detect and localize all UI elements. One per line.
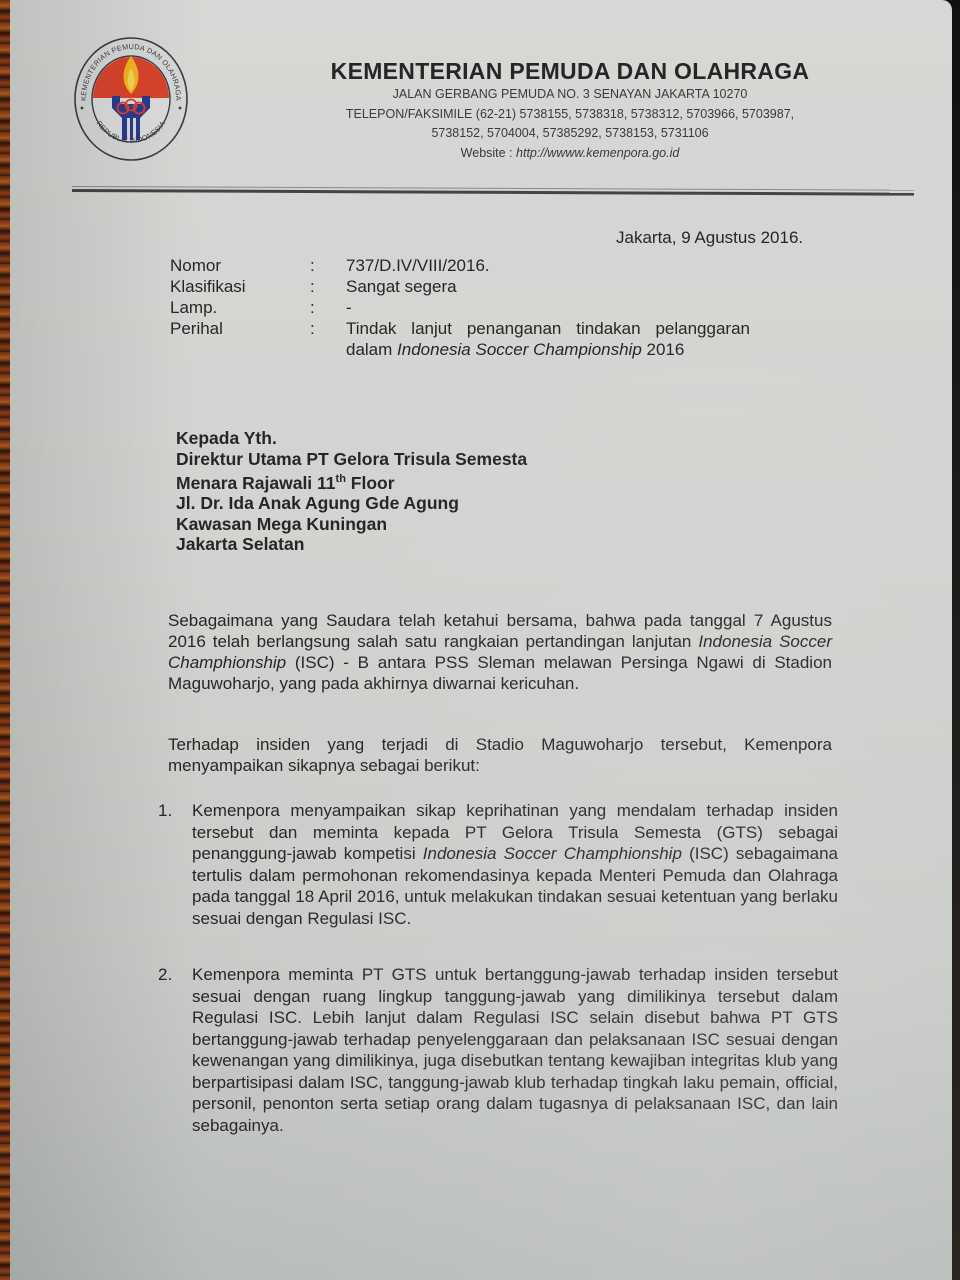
list-item: 2. Kemenpora meminta PT GTS untuk bertan…: [158, 964, 838, 1136]
list-number: 2.: [158, 964, 192, 1136]
list-text: Kemenpora menyampaikan sikap keprihatina…: [192, 800, 838, 929]
recipient-street: Jl. Dr. Ida Anak Agung Gde Agung: [176, 493, 527, 514]
meta-value: Tindak lanjut penanganan tindakan pelang…: [346, 318, 750, 360]
meta-separator: :: [310, 255, 346, 276]
meta-separator: :: [310, 276, 346, 297]
meta-label: Lamp.: [170, 297, 310, 318]
institution-name: KEMENTERIAN PEMUDA DAN OLAHRAGA: [280, 58, 860, 85]
recipient-greeting: Kepada Yth.: [176, 428, 527, 449]
website-link[interactable]: http://wwww.kemenpora.go.id: [516, 146, 679, 160]
meta-perihal: Perihal : Tindak lanjut penanganan tinda…: [170, 318, 750, 360]
recipient-block: Kepada Yth. Direktur Utama PT Gelora Tri…: [176, 428, 527, 555]
list-item: 1. Kemenpora menyampaikan sikap keprihat…: [158, 800, 838, 929]
meta-label: Klasifikasi: [170, 276, 310, 297]
institution-address: JALAN GERBANG PEMUDA NO. 3 SENAYAN JAKAR…: [280, 85, 860, 105]
meta-lampiran: Lamp. : -: [170, 297, 750, 318]
body-paragraph-1: Sebagaimana yang Saudara telah ketahui b…: [168, 610, 832, 694]
ministry-emblem-icon: KEMENTERIAN PEMUDA DAN OLAHRAGA REPUBLIK…: [72, 36, 190, 162]
letter-page: KEMENTERIAN PEMUDA DAN OLAHRAGA REPUBLIK…: [10, 0, 952, 1280]
recipient-city: Jakarta Selatan: [176, 534, 527, 555]
recipient-area: Kawasan Mega Kuningan: [176, 514, 527, 535]
meta-value: -: [346, 297, 750, 318]
letter-date: Jakarta, 9 Agustus 2016.: [616, 228, 803, 248]
body-paragraph-2: Terhadap insiden yang terjadi di Stadio …: [168, 734, 832, 776]
letterhead: KEMENTERIAN PEMUDA DAN OLAHRAGA JALAN GE…: [280, 58, 860, 163]
recipient-building: Menara Rajawali 11th Floor: [176, 469, 527, 493]
meta-label: Nomor: [170, 255, 310, 276]
meta-label: Perihal: [170, 318, 310, 360]
institution-phone-1: TELEPON/FAKSIMILE (62-21) 5738155, 57383…: [280, 105, 860, 125]
meta-klasifikasi: Klasifikasi : Sangat segera: [170, 276, 750, 297]
meta-separator: :: [310, 297, 346, 318]
institution-phone-2: 5738152, 5704004, 57385292, 5738153, 573…: [280, 124, 860, 144]
recipient-title: Direktur Utama PT Gelora Trisula Semesta: [176, 449, 527, 470]
list-text: Kemenpora meminta PT GTS untuk bertanggu…: [192, 964, 838, 1136]
letterhead-divider: [72, 186, 914, 196]
meta-value: Sangat segera: [346, 276, 750, 297]
website-label: Website :: [461, 146, 516, 160]
meta-value: 737/D.IV/VIII/2016.: [346, 255, 750, 276]
meta-nomor: Nomor : 737/D.IV/VIII/2016.: [170, 255, 750, 276]
letter-meta: Nomor : 737/D.IV/VIII/2016. Klasifikasi …: [170, 255, 750, 360]
institution-website: Website : http://wwww.kemenpora.go.id: [280, 144, 860, 164]
meta-separator: :: [310, 318, 346, 360]
list-number: 1.: [158, 800, 192, 929]
